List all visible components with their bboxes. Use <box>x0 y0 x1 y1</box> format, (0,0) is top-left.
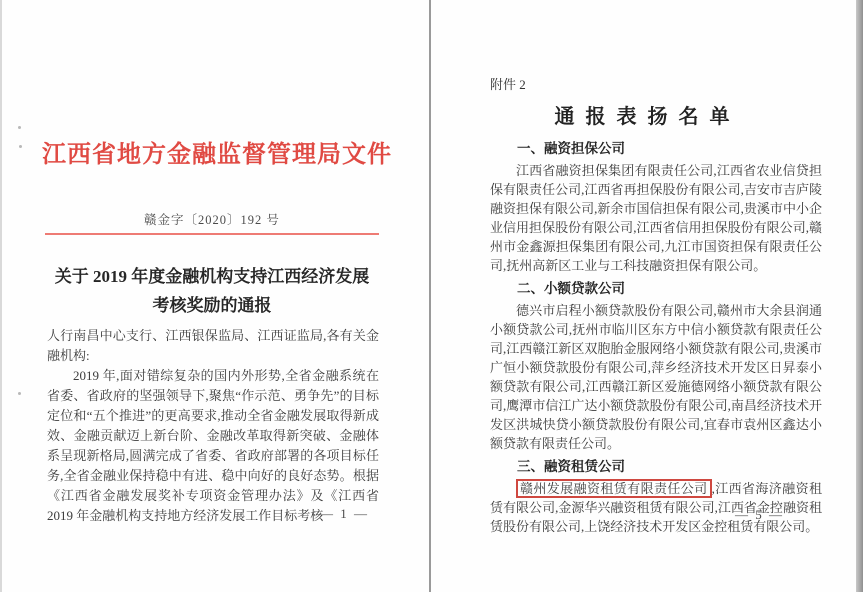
page-number: — 5 — <box>735 507 784 523</box>
section-heading-leasing: 三、融资租赁公司 <box>490 457 822 476</box>
body-paragraph: 2019 年,面对错综复杂的国内外形势,全省金融系统在省委、省政府的坚强领导下,… <box>47 366 379 526</box>
highlighted-company: 赣州发展融资租赁有限责任公司 <box>516 479 712 498</box>
section-heading-guarantee: 一、融资担保公司 <box>490 139 822 158</box>
scanned-document: 江西省地方金融监督管理局文件 赣金字〔2020〕192 号 关于 2019 年度… <box>0 0 863 592</box>
document-title: 关于 2019 年度金融机构支持江西经济发展 考核奖励的通报 <box>37 262 387 320</box>
document-title-line2: 考核奖励的通报 <box>37 291 387 320</box>
document-page-1: 江西省地方金融监督管理局文件 赣金字〔2020〕192 号 关于 2019 年度… <box>0 0 431 592</box>
scan-speckle <box>18 392 21 395</box>
document-number: 赣金字〔2020〕192 号 <box>47 210 377 228</box>
scan-speckle <box>19 145 22 148</box>
commendation-list-title: 通 报 表 扬 名 单 <box>461 100 826 129</box>
letterhead-rule <box>45 233 379 235</box>
notice-body: 人行南昌中心支行、江西银保监局、江西证监局,各有关金融机构: 2019 年,面对… <box>47 326 379 526</box>
scan-edge-shadow <box>856 0 863 592</box>
commendation-list-body: 一、融资担保公司 江西省融资担保集团有限责任公司,江西省农业信贷担保有限责任公司… <box>490 139 822 540</box>
section-heading-microloan: 二、小额贷款公司 <box>490 279 822 298</box>
document-page-5: 附件 2 通 报 表 扬 名 单 一、融资担保公司 江西省融资担保集团有限责任公… <box>431 0 856 592</box>
section-body-guarantee: 江西省融资担保集团有限责任公司,江西省农业信贷担保有限责任公司,江西省再担保股份… <box>490 161 822 275</box>
agency-letterhead: 江西省地方金融监督管理局文件 <box>42 134 382 169</box>
salutation: 人行南昌中心支行、江西银保监局、江西证监局,各有关金融机构: <box>47 326 379 366</box>
page-number: — 1 — <box>320 506 369 522</box>
scan-speckle <box>18 126 21 129</box>
section-body-microloan: 德兴市启程小额贷款股份有限公司,赣州市大余县润通小额贷款公司,抚州市临川区东方中… <box>490 301 822 453</box>
document-title-line1: 关于 2019 年度金融机构支持江西经济发展 <box>37 262 387 291</box>
attachment-label: 附件 2 <box>490 74 526 93</box>
